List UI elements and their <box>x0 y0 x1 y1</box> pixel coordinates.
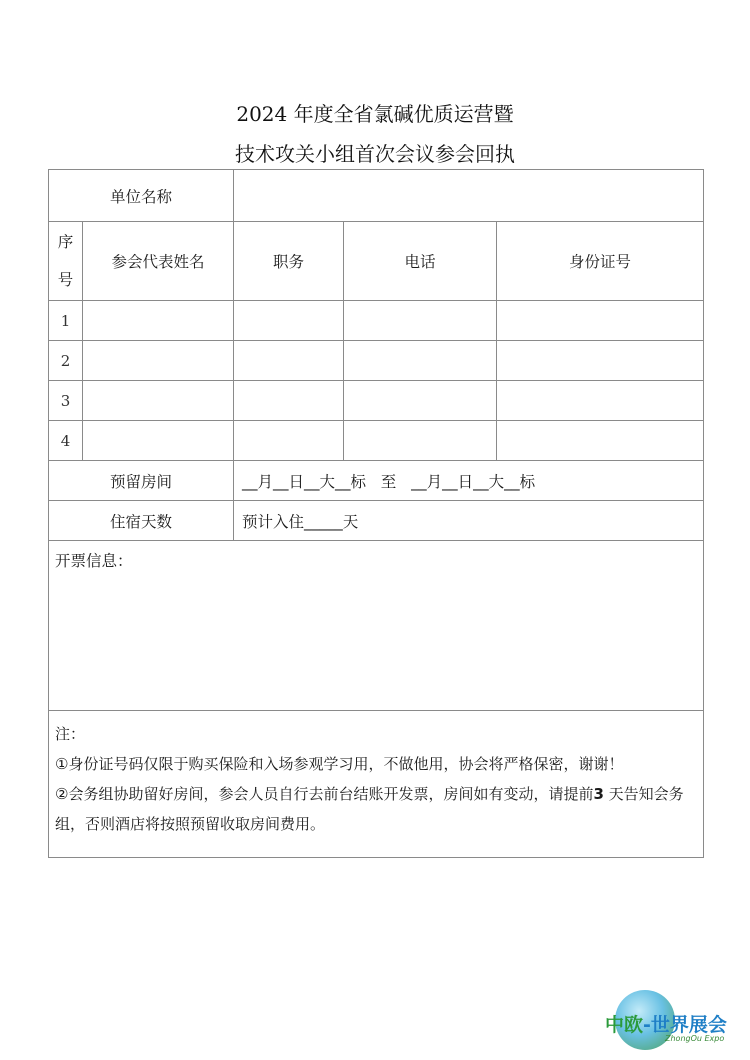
header-seq-char2: 号 <box>49 261 82 299</box>
row-id-number-field[interactable] <box>497 421 704 461</box>
invoice-row: 开票信息： <box>49 541 704 711</box>
row-phone-field[interactable] <box>344 341 497 381</box>
notes-heading: 注： <box>55 719 697 749</box>
note-2-prefix: ②会务组协助留好房间，参会人员自行去前台结账开发票，房间如有变动，请提前 <box>55 785 593 803</box>
table-row: 3 <box>49 381 704 421</box>
room-reservation-row: 预留房间 __月__日__大__标 至 __月__日__大__标 <box>49 461 704 501</box>
logo-brand-part2: -世界展会 <box>643 1014 727 1036</box>
logo-subtitle: ZhongOu Expo <box>665 1034 724 1043</box>
row-name-field[interactable] <box>83 381 234 421</box>
stay-days-field[interactable]: 预计入住_____天 <box>234 501 704 541</box>
table-row: 4 <box>49 421 704 461</box>
row-name-field[interactable] <box>83 301 234 341</box>
note-2-days: 3 <box>593 785 603 803</box>
row-id-number-field[interactable] <box>497 381 704 421</box>
logo-brand-part1: 中欧 <box>605 1014 643 1036</box>
row-seq: 4 <box>49 421 83 461</box>
registration-form-table: 单位名称 序 号 参会代表姓名 职务 电话 身份证号 1 2 3 4 <box>48 169 704 858</box>
invoice-info-label: 开票信息： <box>55 552 133 570</box>
unit-name-field[interactable] <box>234 170 704 222</box>
row-position-field[interactable] <box>234 341 344 381</box>
header-name: 参会代表姓名 <box>83 222 234 301</box>
row-id-number-field[interactable] <box>497 341 704 381</box>
row-phone-field[interactable] <box>344 301 497 341</box>
row-id-number-field[interactable] <box>497 301 704 341</box>
zhongou-expo-logo: 中欧-世界展会 ZhongOu Expo <box>605 988 745 1054</box>
row-phone-field[interactable] <box>344 421 497 461</box>
header-seq: 序 号 <box>49 222 83 301</box>
unit-name-row: 单位名称 <box>49 170 704 222</box>
header-row: 序 号 参会代表姓名 职务 电话 身份证号 <box>49 222 704 301</box>
row-name-field[interactable] <box>83 421 234 461</box>
logo-brand-text: 中欧-世界展会 <box>605 1010 727 1037</box>
notes-cell: 注： ①身份证号码仅限于购买保险和入场参观学习用，不做他用，协会将严格保密，谢谢… <box>49 711 704 858</box>
row-seq: 1 <box>49 301 83 341</box>
table-row: 1 <box>49 301 704 341</box>
note-1: ①身份证号码仅限于购买保险和入场参观学习用，不做他用，协会将严格保密，谢谢！ <box>55 749 697 779</box>
row-phone-field[interactable] <box>344 381 497 421</box>
header-seq-char1: 序 <box>49 223 82 261</box>
table-row: 2 <box>49 341 704 381</box>
row-position-field[interactable] <box>234 301 344 341</box>
stay-days-row: 住宿天数 预计入住_____天 <box>49 501 704 541</box>
row-seq: 3 <box>49 381 83 421</box>
document-title-line2: 技术攻关小组首次会议参会回执 <box>0 138 750 167</box>
row-seq: 2 <box>49 341 83 381</box>
document-title-line1: 2024 年度全省氯碱优质运营暨 <box>0 98 750 127</box>
header-id-number: 身份证号 <box>497 222 704 301</box>
invoice-info-field[interactable]: 开票信息： <box>49 541 704 711</box>
header-position: 职务 <box>234 222 344 301</box>
room-reservation-field[interactable]: __月__日__大__标 至 __月__日__大__标 <box>234 461 704 501</box>
note-2: ②会务组协助留好房间，参会人员自行去前台结账开发票，房间如有变动，请提前3 天告… <box>55 779 697 839</box>
header-phone: 电话 <box>344 222 497 301</box>
row-position-field[interactable] <box>234 381 344 421</box>
row-name-field[interactable] <box>83 341 234 381</box>
room-reservation-label: 预留房间 <box>49 461 234 501</box>
unit-name-label: 单位名称 <box>49 170 234 222</box>
stay-days-label: 住宿天数 <box>49 501 234 541</box>
row-position-field[interactable] <box>234 421 344 461</box>
notes-row: 注： ①身份证号码仅限于购买保险和入场参观学习用，不做他用，协会将严格保密，谢谢… <box>49 711 704 858</box>
